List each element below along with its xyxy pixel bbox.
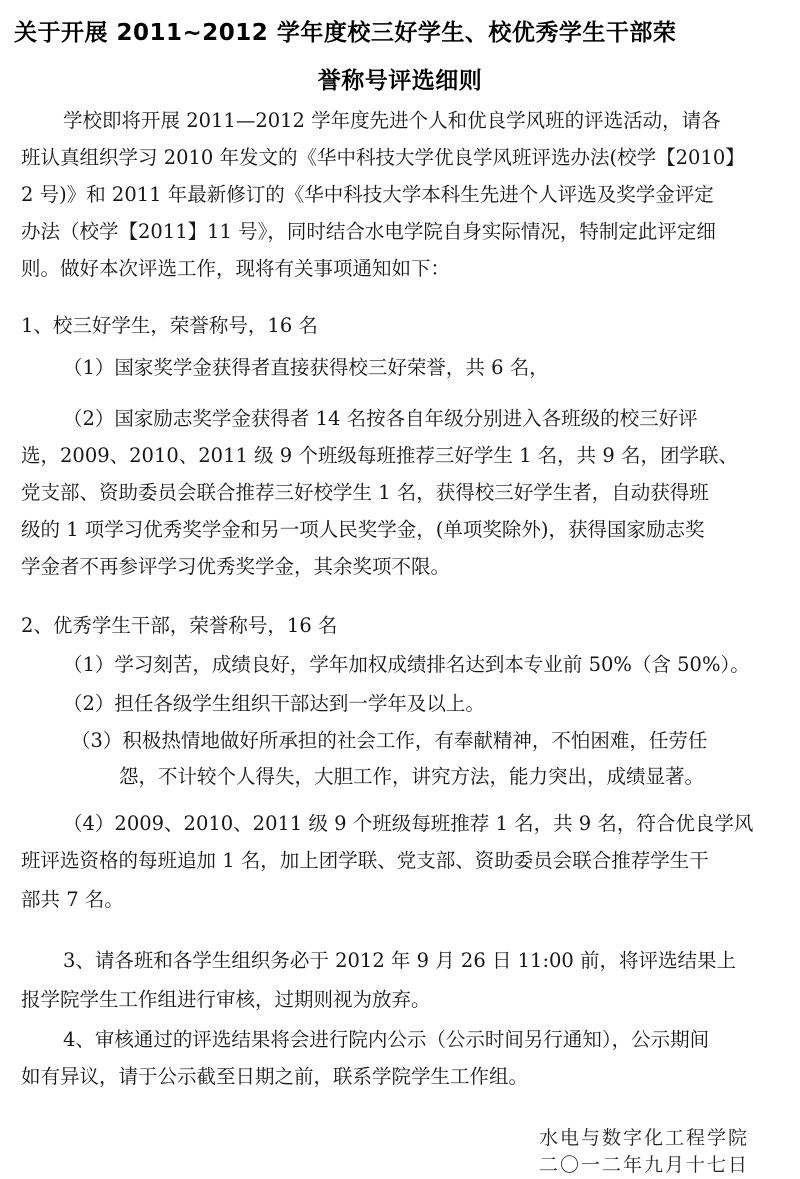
body-line: （1）国家奖学金获得者直接获得校三好荣誉，共 6 名， (63, 356, 549, 380)
body-line: 班认真组织学习 2010 年发文的《华中科技大学优良学风班评选办法(校学【201… (21, 146, 745, 170)
signature-date: 二〇一二年九月十七日 (539, 1150, 749, 1177)
document-title-line-1: 关于开展 2011~2012 学年度校三好学生、校优秀学生干部荣 (14, 14, 800, 47)
body-line: 则。做好本次评选工作，现将有关事项通知如下： (21, 257, 450, 281)
body-line: 党支部、资助委员会联合推荐三好校学生 1 名，获得校三好学生者，自动获得班 (21, 481, 709, 505)
body-line: 报学院学生工作组进行审核，过期则视为放弃。 (21, 988, 431, 1012)
body-line: （3）积极热情地做好所承担的社会工作，有奉献精神，不怕困难，任劳任 (71, 729, 707, 753)
signature-organization: 水电与数字化工程学院 (539, 1123, 749, 1150)
body-line: （2）国家励志奖学金获得者 14 名按各自年级分别进入各班级的校三好评 (63, 407, 698, 431)
body-line: 学校即将开展 2011—2012 学年度先进个人和优良学风班的评选活动，请各 (63, 109, 721, 133)
body-line: （1）学习刻苦，成绩良好，学年加权成绩排名达到本专业前 50%（含 50%）。 (63, 653, 750, 677)
body-line: 部共 7 名。 (21, 888, 124, 912)
body-line: 2 号)》和 2011 年最新修订的《华中科技大学本科生先进个人评选及奖学金评定 (21, 183, 714, 207)
body-line: 2、优秀学生干部，荣誉称号，16 名 (21, 614, 337, 638)
body-line: （2）担任各级学生组织干部达到一学年及以上。 (63, 692, 485, 716)
body-line: 选，2009、2010、2011 级 9 个班级每班推荐三好学生 1 名，共 9… (21, 444, 738, 468)
document-page: 关于开展 2011~2012 学年度校三好学生、校优秀学生干部荣 誉称号评选细则… (0, 0, 800, 1179)
document-title-line-2: 誉称号评选细则 (0, 62, 800, 95)
body-line: 办法（校学【2011】11 号》，同时结合水电学院自身实际情况，特制定此评定细 (21, 220, 716, 244)
body-line: 怨，不计较个人得失，大胆工作，讲究方法，能力突出，成绩显著。 (119, 765, 704, 789)
body-line: 4、审核通过的评选结果将会进行院内公示（公示时间另行通知），公示期间 (63, 1028, 709, 1052)
body-line: 级的 1 项学习优秀奖学金和另一项人民奖学金，(单项奖除外)，获得国家励志奖 (21, 518, 705, 542)
body-line: 如有异议，请于公示截至日期之前，联系学院学生工作组。 (21, 1065, 528, 1089)
body-line: 3、请各班和各学生组织务必于 2012 年 9 月 26 日 11:00 前，将… (63, 949, 736, 973)
body-line: 1、校三好学生，荣誉称号，16 名 (21, 314, 318, 338)
body-line: （4）2009、2010、2011 级 9 个班级每班推荐 1 名，共 9 名，… (63, 812, 753, 836)
body-line: 班评选资格的每班追加 1 名，加上团学联、党支部、资助委员会联合推荐学生干 (21, 849, 709, 873)
body-line: 学金者不再参评学习优秀奖学金，其余奖项不限。 (21, 555, 450, 579)
